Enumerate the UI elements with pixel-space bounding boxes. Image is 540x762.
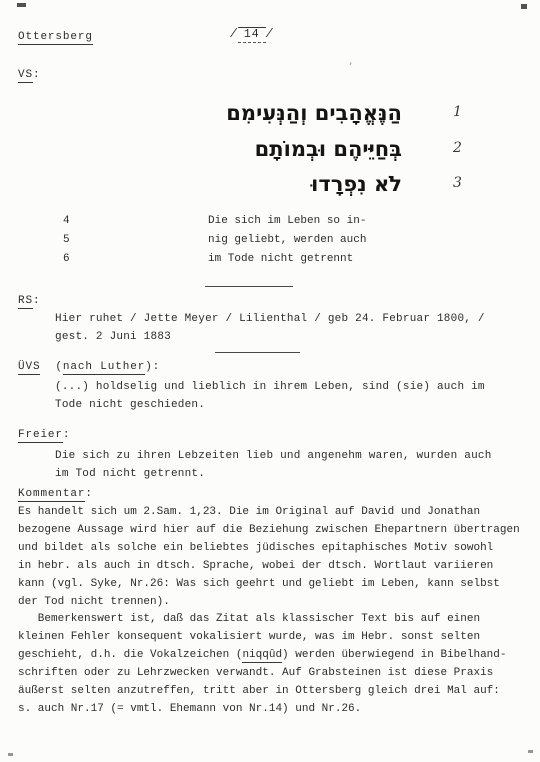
uevs-text-line: Tode nicht geschieden. bbox=[55, 398, 205, 412]
hebrew-inscription-line: בְּחַיֵּיהֶם וּבְמוֹתָם bbox=[140, 136, 402, 162]
kommentar-line: kleinen Fehler konsequent vokalisiert wu… bbox=[18, 629, 530, 647]
section-label-rs: RS: bbox=[18, 294, 40, 308]
inscription-line-number: 4 bbox=[63, 215, 70, 227]
location-heading: Ottersberg bbox=[18, 30, 93, 44]
kommentar-line-niqqud: geschieht, d.h. die Vokalzeichen (niqqûd… bbox=[18, 647, 530, 665]
kommentar-line: schriften oder zu Lehrzwecken verwandt. … bbox=[18, 665, 530, 683]
inscription-line-number: 1 bbox=[453, 104, 462, 120]
kommentar-line: in hebr. als auch in dtsch. Sprache, wob… bbox=[18, 558, 530, 576]
kommentar-line: Es handelt sich um 2.Sam. 1,23. Die im O… bbox=[18, 504, 530, 522]
section-divider bbox=[215, 352, 300, 353]
scan-artifact bbox=[521, 4, 527, 9]
kommentar-line: Bemerkenswert ist, daß das Zitat als kla… bbox=[18, 611, 530, 629]
section-label-kommentar: Kommentar: bbox=[18, 487, 93, 501]
inscription-line-number: 6 bbox=[63, 253, 70, 265]
kommentar-line: s. auch Nr.17 (= vmtl. Ehemann von Nr.14… bbox=[18, 701, 530, 719]
stray-mark: ’ bbox=[349, 62, 352, 73]
german-inscription-line: im Tode nicht getrennt bbox=[208, 253, 353, 265]
inscription-line-number: 3 bbox=[453, 175, 462, 191]
scan-artifact bbox=[17, 3, 26, 7]
scan-artifact bbox=[528, 750, 533, 753]
rs-text-line: gest. 2 Juni 1883 bbox=[55, 330, 171, 344]
kommentar-line: und bildet als solche ein beliebtes jüdi… bbox=[18, 540, 530, 558]
hebrew-inscription-line: הַנֶּאֱהָבִים וְהַנְּעִימִם bbox=[140, 100, 402, 126]
scan-artifact bbox=[8, 753, 13, 756]
freier-text-line: im Tod nicht getrennt. bbox=[55, 467, 205, 481]
freier-text-line: Die sich zu ihren Lebzeiten lieb und ang… bbox=[55, 449, 492, 463]
section-label-freier: Freier: bbox=[18, 428, 70, 442]
kommentar-paragraph: Es handelt sich um 2.Sam. 1,23. Die im O… bbox=[18, 504, 530, 719]
inscription-line-number: 5 bbox=[63, 234, 70, 246]
kommentar-line: der Tod nicht trennen). bbox=[18, 594, 530, 612]
german-inscription-line: Die sich im Leben so in- bbox=[208, 215, 366, 227]
niqqud-term: niqqûd bbox=[242, 649, 282, 663]
uevs-text-line: (...) holdselig und lieblich in ihrem Le… bbox=[55, 380, 485, 394]
hebrew-inscription-line: לֹא נִפְרָדוּ bbox=[140, 171, 402, 197]
section-divider bbox=[205, 286, 293, 287]
kommentar-line: bezogene Aussage wird hier auf die Bezie… bbox=[18, 522, 530, 540]
document-page: ’ Ottersberg /14/ VS: הַנֶּאֱהָבִים וְהַ… bbox=[0, 0, 540, 762]
inscription-line-number: 2 bbox=[453, 140, 462, 156]
section-label-vs: VS: bbox=[18, 68, 40, 82]
kommentar-line: kann (vgl. Syke, Nr.26: Was sich geehrt … bbox=[18, 576, 530, 594]
page-number: /14/ bbox=[230, 28, 274, 42]
german-inscription-line: nig geliebt, werden auch bbox=[208, 234, 366, 246]
kommentar-line: äußerst selten anzutreffen, tritt aber i… bbox=[18, 683, 530, 701]
rs-text-line: Hier ruhet / Jette Meyer / Lilienthal / … bbox=[55, 312, 485, 326]
section-label-uevs: ÜVS (nach Luther): bbox=[18, 360, 160, 374]
